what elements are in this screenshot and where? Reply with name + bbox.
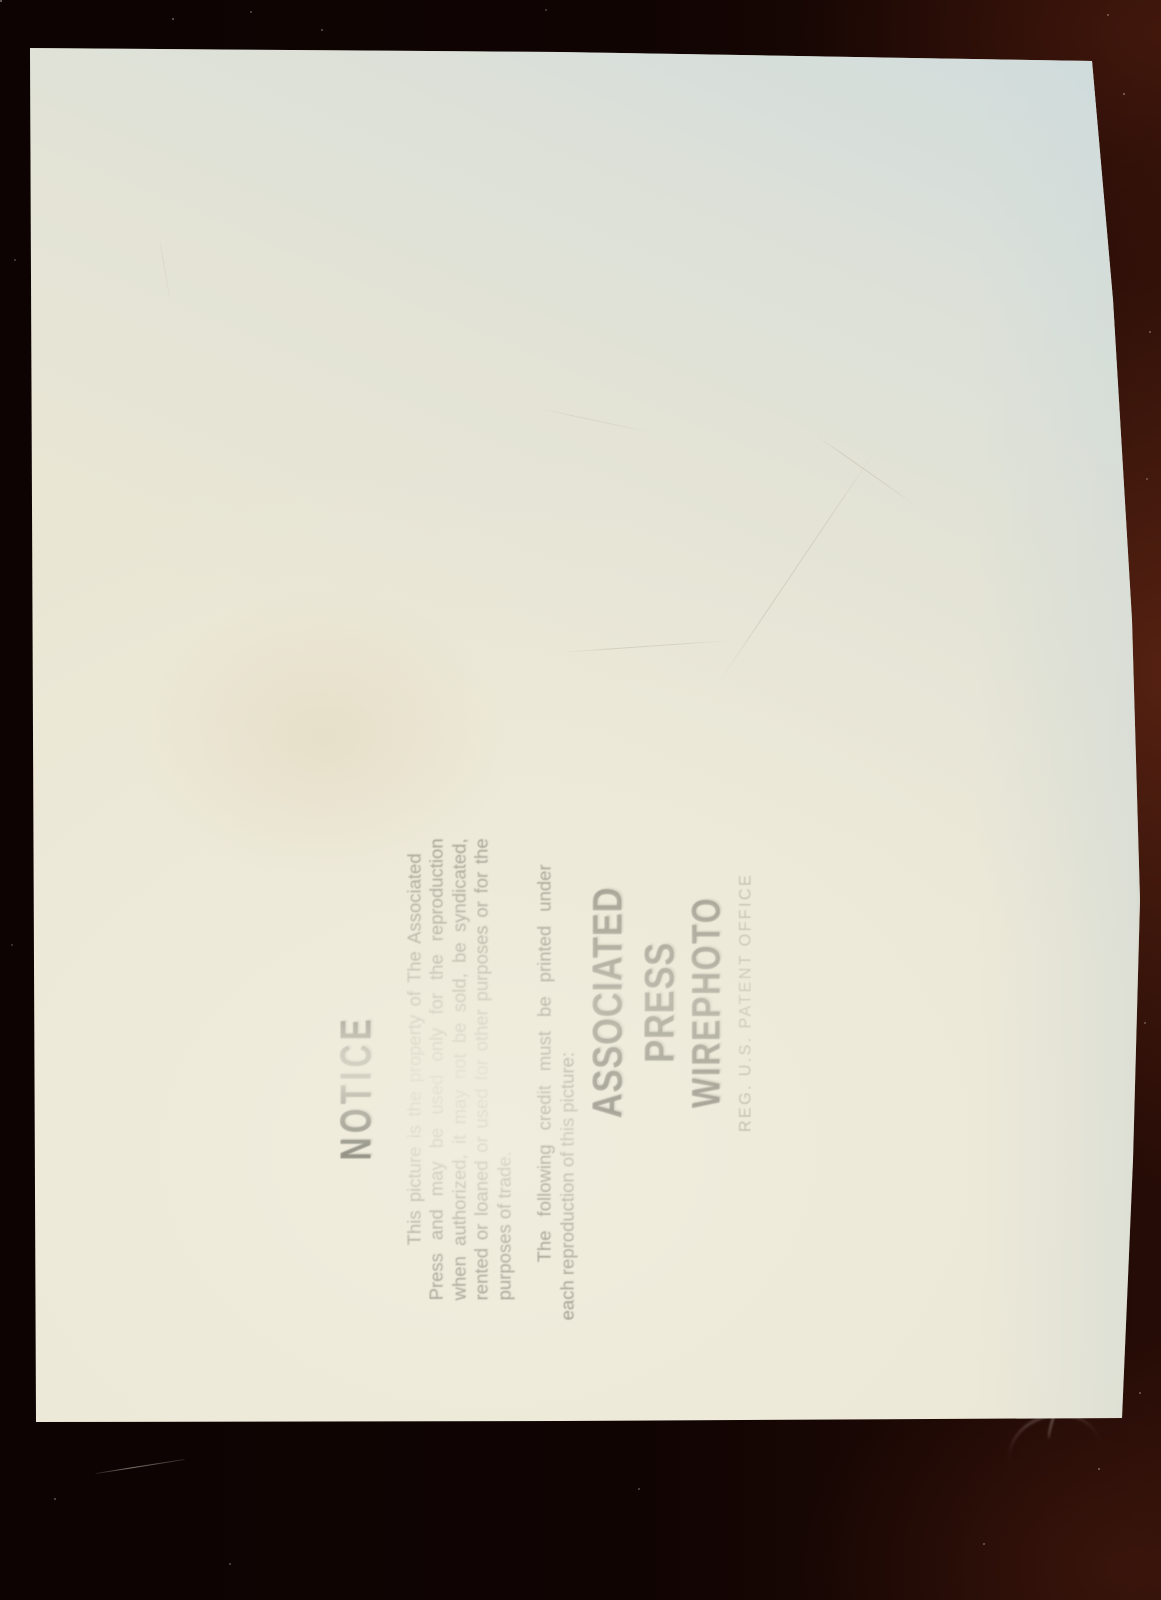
paper-scratch bbox=[560, 640, 730, 653]
stamp-registration-line: REG. U.S. PATENT OFFICE bbox=[736, 830, 756, 1176]
paper-scratch bbox=[541, 409, 649, 433]
paper-scratch bbox=[817, 436, 916, 506]
stamp-body-line: when authorized, it may not be sold, be … bbox=[448, 839, 470, 1301]
paper-scratch bbox=[716, 446, 879, 687]
stamp-agency-name-line1: ASSOCIATED PRESS bbox=[582, 853, 686, 1151]
wirephoto-back-scene: NOTICE This picture is the property of T… bbox=[0, 0, 1161, 1600]
stamp-credit-intro-line: The following credit must be printed und… bbox=[534, 865, 556, 1263]
stamp-body-paragraph: This picture is the property of The Asso… bbox=[404, 839, 516, 1301]
stamp-credit-intro-line: each reproduction of this picture: bbox=[557, 1052, 579, 1320]
dust-specks bbox=[0, 0, 2, 2]
stamp-agency-block: ASSOCIATED PRESS WIREPHOTO REG. U.S. PAT… bbox=[582, 821, 756, 1185]
paper-scratch bbox=[158, 236, 171, 305]
stamp-body-line: Press and may be used only for the repro… bbox=[426, 839, 448, 1301]
stamp-body-line: rented or loaned or used for other purpo… bbox=[471, 839, 493, 1301]
stamp-body-line: purposes of trade. bbox=[493, 839, 515, 1301]
stamp-agency-name-line2: WIREPHOTO bbox=[686, 857, 728, 1148]
stamp-heading: NOTICE bbox=[332, 1015, 382, 1161]
stamp-body-line: This picture is the property of The Asso… bbox=[404, 839, 426, 1301]
ap-notice-stamp: NOTICE This picture is the property of T… bbox=[340, 821, 705, 1321]
photo-paper bbox=[0, 0, 1161, 1600]
